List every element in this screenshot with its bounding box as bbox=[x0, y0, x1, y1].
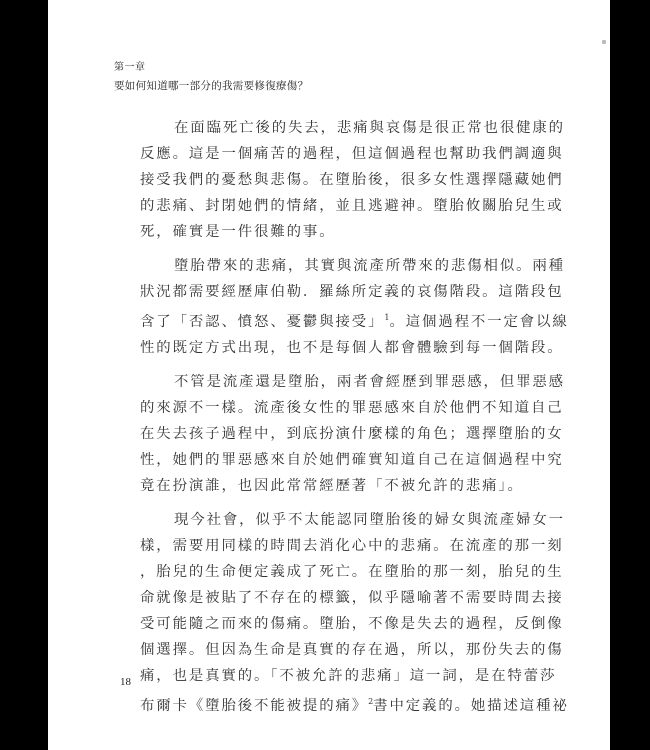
text-line: 性，她們的罪惡感來自於她們確實知道自己在這個過程中究 bbox=[140, 447, 484, 473]
text-line: 命就像是被貼了不存在的標籤，似乎隱喻著不需要時間去接 bbox=[140, 585, 484, 611]
text-line: 受可能隨之而來的傷痛。墮胎，不像是失去的過程，反倒像 bbox=[140, 611, 484, 637]
text-line: 個選擇。但因為生命是真實的存在過，所以，那份失去的傷 bbox=[140, 637, 484, 663]
page-number: 18 bbox=[120, 676, 131, 688]
text-line: 性的既定方式出現，也不是每個人都會體驗到每一個階段。 bbox=[140, 335, 484, 361]
text-line: 現今社會，似乎不太能認同墮胎後的婦女與流產婦女一 bbox=[140, 507, 484, 533]
text-line: 痛，也是真實的。「不被允許的悲痛」這一詞，是在特蕾莎 bbox=[140, 663, 484, 689]
text-segment: 含了「否認、憤怒、憂鬱與接受」 bbox=[140, 314, 384, 330]
text-line: 樣，需要用同樣的時間去消化心中的悲痛。在流產的那一刻 bbox=[140, 533, 484, 559]
text-line: 的悲痛、封閉她們的情緒，並且逃避神。墮胎攸關胎兒生或 bbox=[140, 193, 484, 219]
text-segment: 。這個過程不一定會以線 bbox=[389, 314, 568, 330]
text-line: 竟在扮演誰，也因此常常經歷著「不被允許的悲痛」。 bbox=[140, 473, 484, 499]
book-page: 第一章 要如何知道哪一部分的我需要修復療傷？ 在面臨死亡後的失去，悲痛與哀傷是很… bbox=[48, 0, 610, 750]
text-line: 在面臨死亡後的失去，悲痛與哀傷是很正常也很健康的 bbox=[140, 115, 484, 141]
running-header-title: 要如何知道哪一部分的我需要修復療傷？ bbox=[114, 78, 308, 93]
text-line: 的來源不一樣。流產後女性的罪惡感來自於他們不知道自己 bbox=[140, 395, 484, 421]
paragraph: 在面臨死亡後的失去，悲痛與哀傷是很正常也很健康的 反應。這是一個痛苦的過程，但這… bbox=[140, 115, 484, 245]
text-line: 接受我們的憂愁與悲傷。在墮胎後，很多女性選擇隱藏她們 bbox=[140, 167, 484, 193]
paragraph: 不管是流產還是墮胎，兩者會經歷到罪惡感，但罪惡感 的來源不一樣。流產後女性的罪惡… bbox=[140, 369, 484, 499]
text-line: 墮胎帶來的悲痛，其實與流產所帶來的悲傷相似。兩種 bbox=[140, 253, 484, 279]
body-text: 在面臨死亡後的失去，悲痛與哀傷是很正常也很健康的 反應。這是一個痛苦的過程，但這… bbox=[140, 115, 484, 727]
text-line: 反應。這是一個痛苦的過程，但這個過程也幫助我們調適與 bbox=[140, 141, 484, 167]
scan-mark bbox=[602, 40, 606, 44]
paragraph: 現今社會，似乎不太能認同墮胎後的婦女與流產婦女一 樣，需要用同樣的時間去消化心中… bbox=[140, 507, 484, 719]
text-line: 不管是流產還是墮胎，兩者會經歷到罪惡感，但罪惡感 bbox=[140, 369, 484, 395]
text-line: 在失去孩子過程中，到底扮演什麼樣的角色；選擇墮胎的女 bbox=[140, 421, 484, 447]
text-line: 含了「否認、憤怒、憂鬱與接受」1。這個過程不一定會以線 bbox=[140, 305, 484, 335]
text-line: 狀況都需要經歷庫伯勒．羅絲所定義的哀傷階段。這階段包 bbox=[140, 279, 484, 305]
text-line: 死，確實是一件很難的事。 bbox=[140, 219, 484, 245]
text-line: 布爾卡《墮胎後不能被提的痛》2書中定義的。她描述這種祕 bbox=[140, 689, 484, 719]
paragraph: 墮胎帶來的悲痛，其實與流產所帶來的悲傷相似。兩種 狀況都需要經歷庫伯勒．羅絲所定… bbox=[140, 253, 484, 361]
chapter-label: 第一章 bbox=[114, 58, 146, 73]
text-line: ，胎兒的生命便定義成了死亡。在墮胎的那一刻，胎兒的生 bbox=[140, 559, 484, 585]
text-segment: 布爾卡《墮胎後不能被提的痛》 bbox=[140, 698, 368, 714]
text-segment: 書中定義的。她描述這種祕 bbox=[373, 698, 569, 714]
